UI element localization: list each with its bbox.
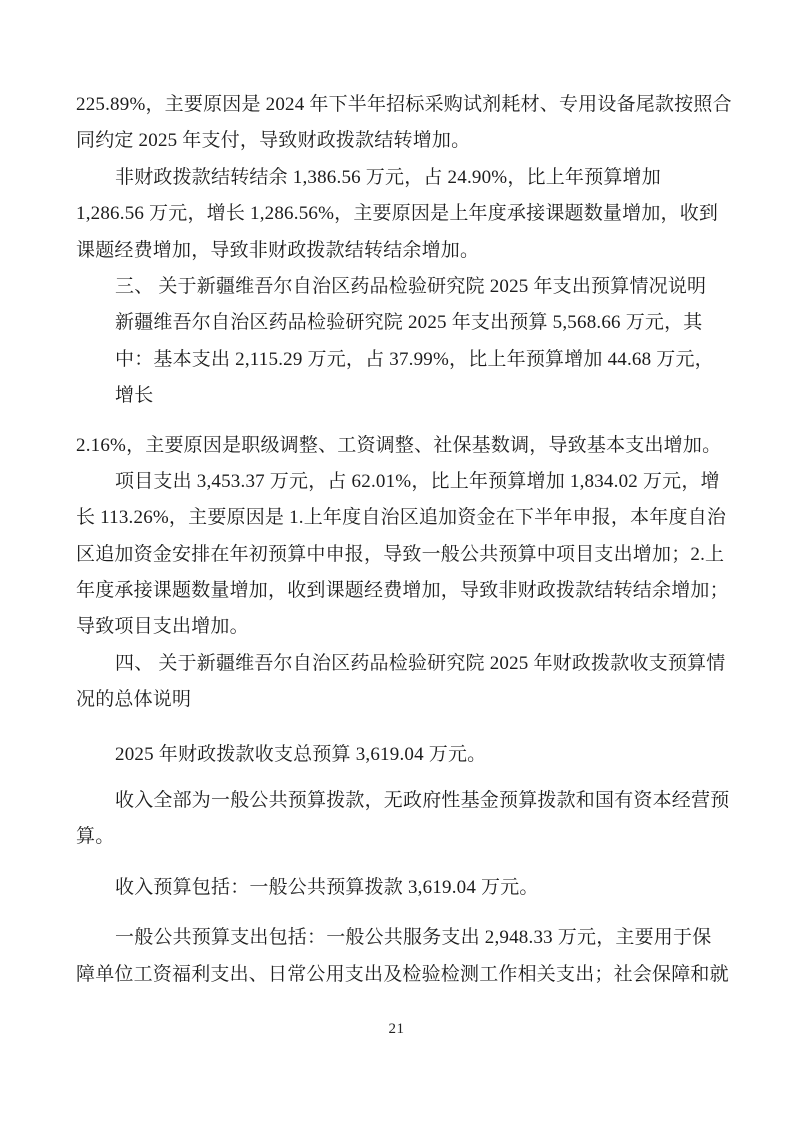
text-line: 中：基本支出 2,115.29 万元，占 37.99%，比上年预算增加 44.6…: [76, 342, 736, 378]
text-line: 算。: [76, 819, 736, 855]
text-line: 收入全部为一般公共预算拨款，无政府性基金预算拨款和国有资本经营预: [76, 783, 736, 819]
text-line: 一般公共预算支出包括：一般公共服务支出 2,948.33 万元，主要用于保: [76, 920, 736, 956]
text-line: 三、 关于新疆维吾尔自治区药品检验研究院 2025 年支出预算情况说明: [76, 269, 736, 305]
text-line: 况的总体说明: [76, 682, 736, 718]
text-line: 1,286.56 万元，增长 1,286.56%，主要原因是上年度承接课题数量增…: [76, 196, 736, 232]
text-line: 同约定 2025 年支付，导致财政拨款结转增加。: [76, 123, 736, 159]
text-line: 四、 关于新疆维吾尔自治区药品检验研究院 2025 年财政拨款收支预算情: [76, 646, 736, 682]
text-line: 225.89%，主要原因是 2024 年下半年招标采购试剂耗材、专用设备尾款按照…: [76, 87, 736, 123]
text-line: 导致项目支出增加。: [76, 609, 736, 645]
text-line: 2025 年财政拨款收支总预算 3,619.04 万元。: [76, 737, 736, 773]
text-line: 收入预算包括：一般公共预算拨款 3,619.04 万元。: [76, 870, 736, 906]
text-line: 非财政拨款结转结余 1,386.56 万元，占 24.90%，比上年预算增加: [76, 160, 736, 196]
text-line: 区追加资金安排在年初预算中申报，导致一般公共预算中项目支出增加；2.上: [76, 537, 736, 573]
text-line: 增长: [76, 378, 736, 414]
document-body: 225.89%，主要原因是 2024 年下半年招标采购试剂耗材、专用设备尾款按照…: [76, 87, 736, 993]
text-line: 课题经费增加，导致非财政拨款结转结余增加。: [76, 233, 736, 269]
page-number: 21: [389, 1021, 405, 1037]
text-line: 新疆维吾尔自治区药品检验研究院 2025 年支出预算 5,568.66 万元，其: [76, 305, 736, 341]
text-line: 障单位工资福利支出、日常公用支出及检验检测工作相关支出；社会保障和就: [76, 957, 736, 993]
text-line: 长 113.26%，主要原因是 1.上年度自治区追加资金在下半年申报，本年度自治: [76, 500, 736, 536]
text-line: 2.16%，主要原因是职级调整、工资调整、社保基数调，导致基本支出增加。: [76, 428, 736, 464]
text-line: 年度承接课题数量增加，收到课题经费增加，导致非财政拨款结转结余增加；: [76, 573, 736, 609]
page-footer: 21: [0, 1020, 793, 1038]
text-line: 项目支出 3,453.37 万元，占 62.01%，比上年预算增加 1,834.…: [76, 464, 736, 500]
